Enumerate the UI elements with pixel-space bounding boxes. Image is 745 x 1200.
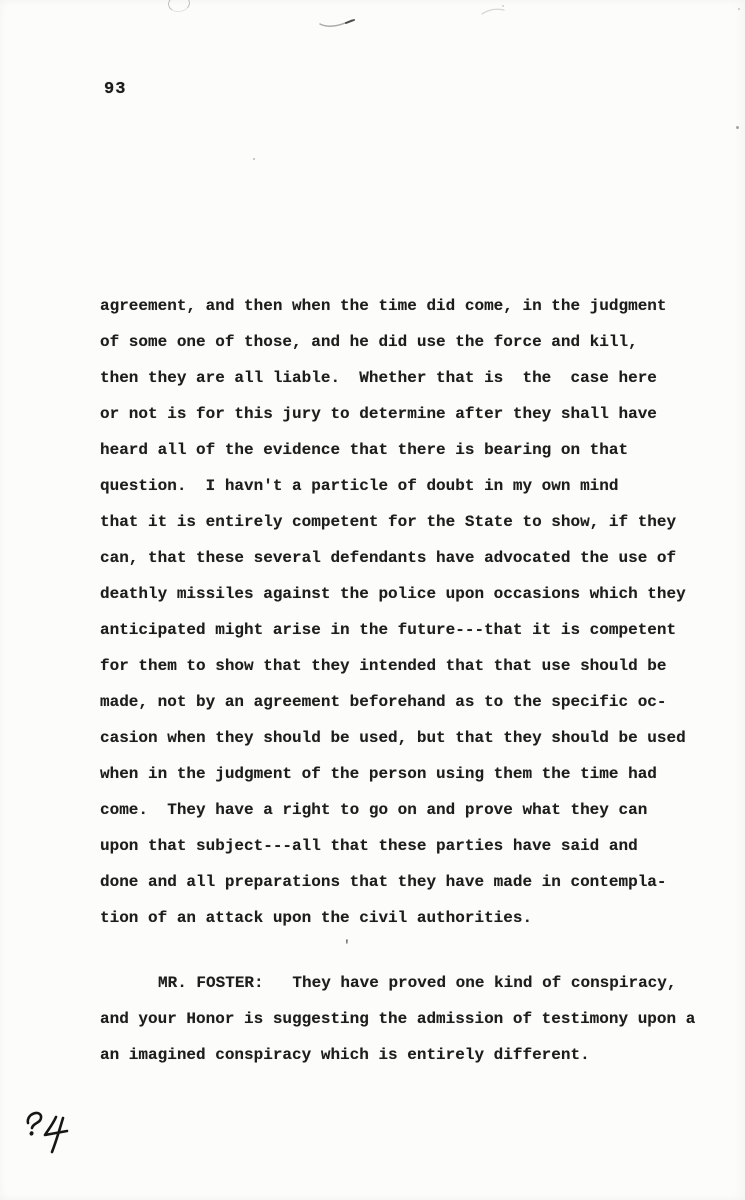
- transcript-line: deathly missiles against the police upon…: [100, 576, 700, 612]
- transcript-line: heard all of the evidence that there is …: [100, 432, 700, 468]
- transcript-line: MR. FOSTER: They have proved one kind of…: [100, 965, 700, 1001]
- transcript-line: come. They have a right to go on and pro…: [100, 792, 700, 828]
- transcript-line: of some one of those, and he did use the…: [100, 324, 700, 360]
- ink-tick-artifact: ': [343, 938, 351, 953]
- transcript-line: an imagined conspiracy which is entirely…: [100, 1037, 700, 1073]
- transcript-line: for them to show that they intended that…: [100, 648, 700, 684]
- scanned-transcript-page: 93 agreement, and then when the time did…: [0, 0, 745, 1200]
- transcript-line: agreement, and then when the time did co…: [100, 288, 700, 324]
- page-number: 93: [104, 80, 126, 99]
- transcript-line: can, that these several defendants have …: [100, 540, 700, 576]
- transcript-line: made, not by an agreement beforehand as …: [100, 684, 700, 720]
- transcript-line: done and all preparations that they have…: [100, 864, 700, 900]
- scan-speck: [253, 158, 255, 160]
- scan-smudge-dash: [318, 14, 356, 30]
- scan-speck: [738, 8, 740, 10]
- transcript-line: then they are all liable. Whether that i…: [100, 360, 700, 396]
- foster-statement-paragraph: MR. FOSTER: They have proved one kind of…: [100, 965, 700, 1073]
- transcript-line: when in the judgment of the person using…: [100, 756, 700, 792]
- scan-smudge-ring: [167, 0, 191, 13]
- handwritten-mark-4: [18, 1103, 88, 1173]
- transcript-line: and your Honor is suggesting the admissi…: [100, 1001, 700, 1037]
- transcript-line: upon that subject---all that these parti…: [100, 828, 700, 864]
- scan-smudge-faint: [478, 2, 508, 18]
- scan-speck: [736, 126, 739, 129]
- transcript-line: casion when they should be used, but tha…: [100, 720, 700, 756]
- transcript-line: anticipated might arise in the future---…: [100, 612, 700, 648]
- transcript-line: tion of an attack upon the civil authori…: [100, 900, 700, 936]
- transcript-line: question. I havn't a particle of doubt i…: [100, 468, 700, 504]
- transcript-line: that it is entirely competent for the St…: [100, 504, 700, 540]
- court-ruling-paragraph: agreement, and then when the time did co…: [100, 288, 700, 936]
- transcript-line: or not is for this jury to determine aft…: [100, 396, 700, 432]
- transcript-body: agreement, and then when the time did co…: [100, 288, 700, 1073]
